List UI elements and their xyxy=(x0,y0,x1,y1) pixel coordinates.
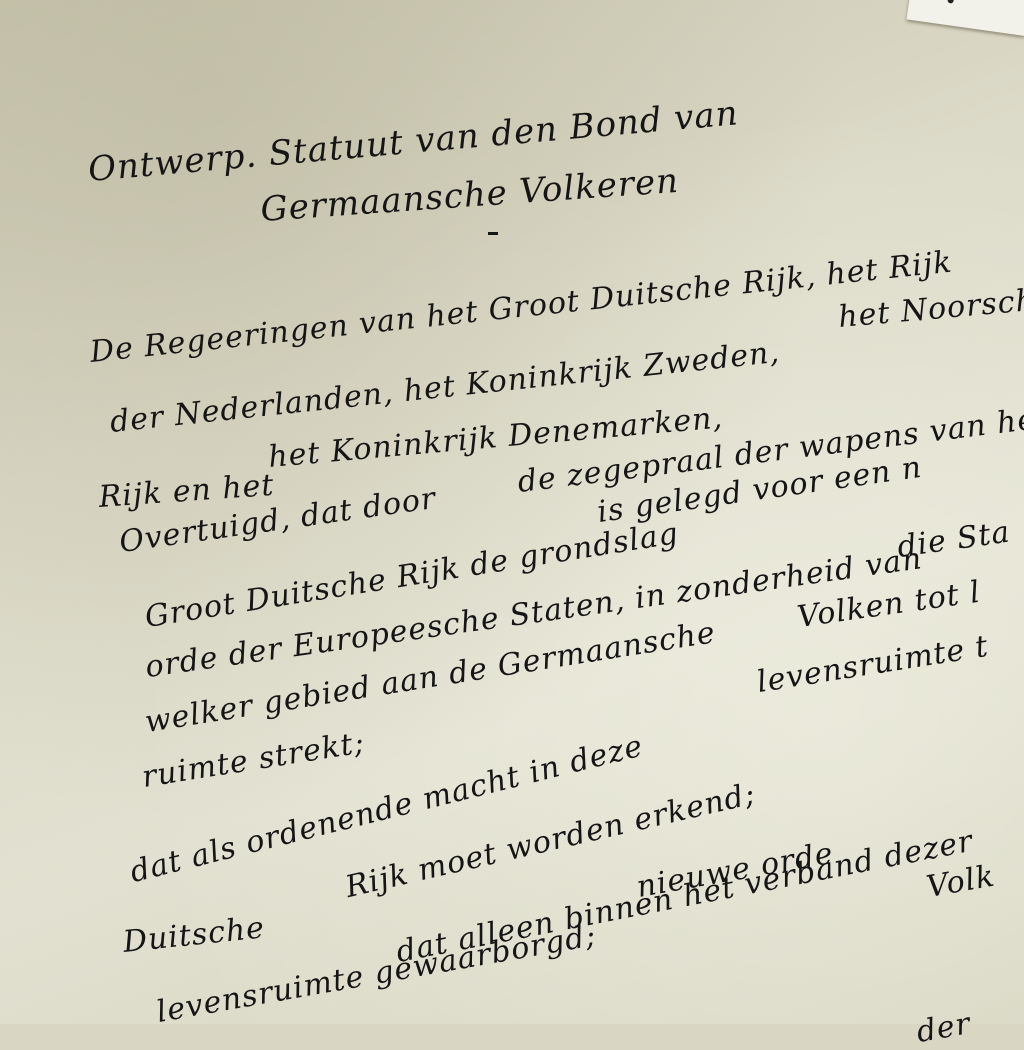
text-line-8b: levensruimte t xyxy=(755,629,991,700)
ink-mark xyxy=(947,0,954,4)
attached-paper-corner xyxy=(907,0,1024,36)
text-line-1: De Regeeringen van het Groot Duitsche Ri… xyxy=(88,245,954,370)
manuscript-page: Ontwerp. Statuut van den Bond van Germaa… xyxy=(0,0,1024,1024)
text-line-1b: het Noorsche xyxy=(837,281,1024,335)
text-line-12a: Duitsche xyxy=(121,910,266,960)
document-title-line-2: Germaansche Volkeren xyxy=(259,161,680,230)
text-line-14b: der xyxy=(914,1006,974,1024)
title-separator-dash xyxy=(488,232,498,235)
